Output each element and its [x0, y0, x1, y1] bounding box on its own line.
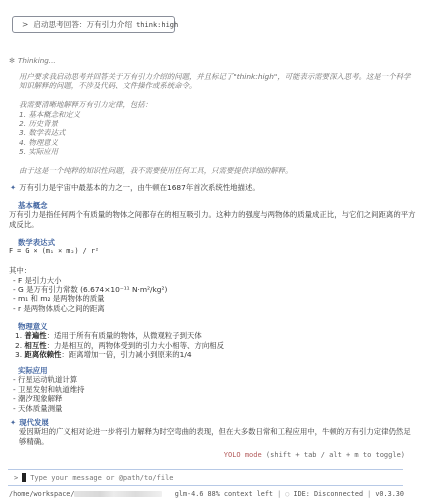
redacted-path [74, 491, 162, 497]
section-heading-math: 数学表达式 [18, 238, 418, 247]
yolo-toggle-hint: (shift + tab / alt + m to toggle) [266, 451, 405, 459]
section-math: 数学表达式 F = G × (m₁ × m₂) / r² 其中： - F 是引力… [18, 238, 418, 313]
response-intro-text: 万有引力是宇宙中最基本的力之一，由牛顿在1687年首次系统性地描述。 [19, 183, 260, 192]
status-bar: /home/workspace/ glm-4.6 88% context lef… [9, 490, 404, 498]
model-name: glm-4.6 [175, 490, 204, 498]
separator: | [367, 490, 371, 498]
section-physics: 物理意义 1. 普遍性：适用于所有有质量的物体，从微观粒子到天体 2. 相互性：… [18, 322, 418, 360]
ide-status: IDE: Disconnected [293, 490, 363, 498]
thinking-para-3: 由于这是一个纯粹的知识性问题，我不需要使用任何工具，只需要提供详细的解释。 [19, 166, 414, 175]
item-desc: ：适用于所有有质量的物体，从微观粒子到天体 [47, 331, 202, 340]
math-item: - G 是万有引力常数 (6.674×10⁻¹¹ N·m²/kg²) [9, 285, 418, 294]
formula: F = G × (m₁ × m₂) / r² [9, 247, 418, 256]
thinking-para-2: 我需要清晰地解释万有引力定律，包括： [19, 100, 414, 109]
separator: | [277, 490, 281, 498]
chevron-right-icon: > [22, 20, 28, 29]
section-basic-text: 万有引力是指任何两个有质量的物体之间都存在的相互吸引力。这种力的强度与两物体的质… [9, 210, 418, 229]
status-right: glm-4.6 88% context left | ○ IDE: Discon… [175, 490, 404, 498]
user-prompt-box: > 启动思考回答：万有引力介绍 think:high [12, 16, 175, 33]
application-item: - 天体质量测量 [9, 404, 418, 413]
sparkle-bullet-icon: ✦ [10, 183, 16, 192]
thinking-list-item: 1. 基本概念和定义 [19, 110, 414, 119]
ide-status-icon: ○ [285, 490, 289, 498]
math-item: - F 是引力大小 [9, 276, 418, 285]
thinking-list-item: 5. 实际应用 [19, 147, 414, 156]
thinking-body: 用户要求我启动思考并回答关于万有引力介绍的问题，并且标记了"think:high… [19, 72, 414, 175]
cursor-caret [22, 473, 26, 482]
item-term: 相互性 [24, 341, 46, 350]
physics-item: 3. 距离依赖性：距离增加一倍，引力减小到原来的1/4 [9, 350, 418, 359]
where-label: 其中： [9, 266, 418, 275]
user-prompt-text: 启动思考回答：万有引力介绍 [33, 19, 132, 30]
section-modern-text: 爱因斯坦的广义相对论进一步将引力解释为时空弯曲的表现，但在大多数日常和工程应用中… [10, 427, 415, 446]
item-term: 普遍性 [24, 331, 46, 340]
math-item: - m₁ 和 m₂ 是两物体的质量 [9, 294, 418, 303]
version: v0.3.30 [375, 490, 404, 498]
user-prompt-tag: think:high [136, 21, 178, 29]
input-chevron-icon: > [14, 474, 18, 482]
thinking-label: Thinking... [18, 56, 56, 65]
section-heading-modern: 现代发展 [19, 418, 49, 427]
item-number: 2. [15, 341, 22, 350]
section-heading-basic: 基本概念 [18, 201, 418, 210]
section-applications: 实际应用 - 行星运动轨道计算 - 卫星发射和轨道维持 - 潮汐现象解释 - 天… [18, 366, 418, 413]
physics-item: 2. 相互性：力是相互的，两物体受到的引力大小相等、方向相反 [9, 341, 418, 350]
thinking-list-item: 3. 数学表达式 [19, 128, 414, 137]
application-item: - 潮汐现象解释 [9, 394, 418, 403]
item-desc: ：距离增加一倍，引力减小到原来的1/4 [61, 350, 191, 359]
yolo-mode-hint: YOLO mode (shift + tab / alt + m to togg… [224, 451, 405, 459]
math-item: - r 是两物体质心之间的距离 [9, 304, 418, 313]
application-item: - 行星运动轨道计算 [9, 375, 418, 384]
item-term: 距离依赖性 [24, 350, 61, 359]
context-left: 88% context left [208, 490, 273, 498]
section-basic: 基本概念 万有引力是指任何两个有质量的物体之间都存在的相互吸引力。这种力的强度与… [18, 201, 418, 229]
item-desc: ：力是相互的，两物体受到的引力大小相等、方向相反 [47, 341, 224, 350]
workspace-path: /home/workspace/ [9, 490, 162, 498]
thinking-star-icon: ✻ [9, 56, 15, 65]
section-modern: ✦现代发展 爱因斯坦的广义相对论进一步将引力解释为时空弯曲的表现，但在大多数日常… [10, 418, 415, 446]
sparkle-bullet-icon: ✦ [10, 418, 16, 427]
item-number: 3. [15, 350, 22, 359]
response-intro: ✦万有引力是宇宙中最基本的力之一，由牛顿在1687年首次系统性地描述。 [10, 183, 415, 192]
physics-item: 1. 普遍性：适用于所有有质量的物体，从微观粒子到天体 [9, 331, 418, 340]
section-heading-physics: 物理意义 [18, 322, 418, 331]
path-text: /home/workspace/ [9, 490, 74, 498]
yolo-mode-label: YOLO mode [224, 451, 262, 459]
message-input[interactable] [30, 474, 330, 482]
application-item: - 卫星发射和轨道维持 [9, 385, 418, 394]
thinking-header: ✻Thinking... [9, 56, 56, 65]
thinking-list-item: 2. 历史背景 [19, 119, 414, 128]
message-input-area[interactable]: > [8, 469, 403, 486]
thinking-list-item: 4. 物理意义 [19, 138, 414, 147]
thinking-para-1: 用户要求我启动思考并回答关于万有引力介绍的问题，并且标记了"think:high… [19, 72, 414, 91]
section-heading-applications: 实际应用 [18, 366, 418, 375]
item-number: 1. [15, 331, 22, 340]
